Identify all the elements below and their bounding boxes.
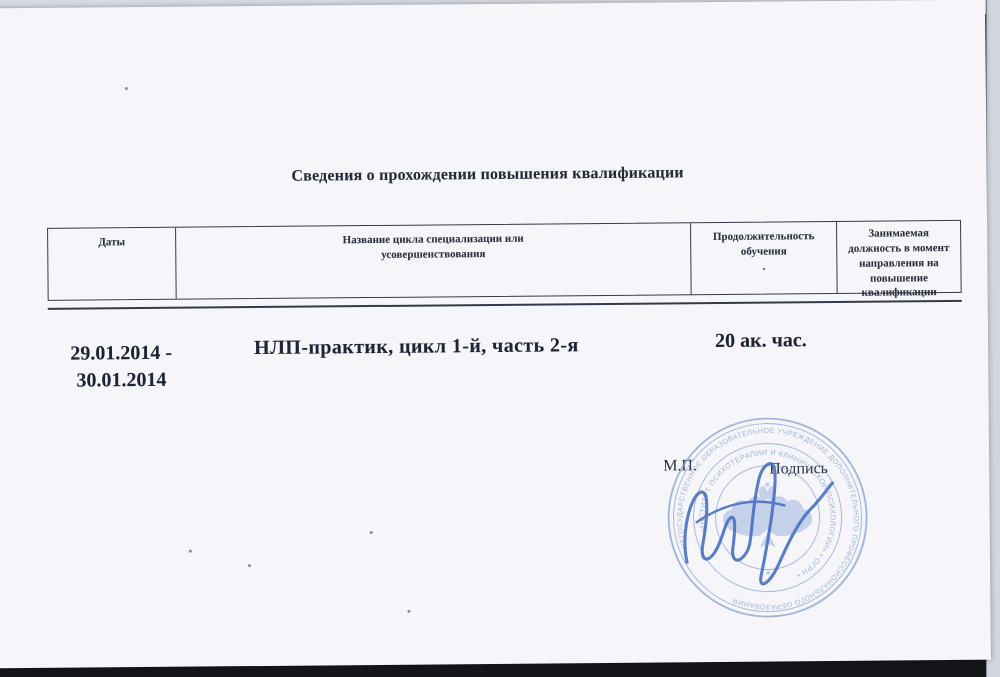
record-duration: 20 ак. час.	[715, 329, 807, 353]
scanned-certificate: Сведения о прохождении повышения квалифи…	[0, 0, 1000, 677]
scan-speck	[125, 87, 128, 90]
scan-speck	[248, 564, 251, 567]
scan-speck	[189, 550, 192, 553]
document-page: Сведения о прохождении повышения квалифи…	[0, 0, 991, 668]
header-cell-dates: Даты	[48, 228, 177, 300]
header-label-duration: Продолжительность обучения	[697, 229, 830, 260]
scan-speck	[370, 531, 373, 534]
header-cell-duration: Продолжительность обучения .	[691, 222, 838, 294]
record-dates: 29.01.2014 - 30.01.2014	[46, 340, 196, 395]
header-label-dates: Даты	[98, 235, 125, 250]
header-cell-position: Занимаемая должность в момент направлени…	[837, 221, 961, 293]
header-label-position: Занимаемая должность в момент направлени…	[845, 226, 953, 301]
header-label-course-name: Название цикла специализации или усоверш…	[316, 231, 551, 263]
header-cell-course-name: Название цикла специализации или усоверш…	[176, 223, 692, 298]
record-dates-line2: 30.01.2014	[46, 367, 196, 395]
scan-speck	[407, 610, 410, 613]
signature-scribble	[666, 451, 842, 593]
table-underline	[48, 300, 962, 310]
record-dates-line1: 29.01.2014 -	[46, 340, 196, 368]
header-duration-note: .	[762, 259, 765, 274]
page-title: Сведения о прохождении повышения квалифи…	[0, 162, 987, 189]
record-course: НЛП-практик, цикл 1-й, часть 2-я	[254, 334, 579, 360]
qualification-table: Даты Название цикла специализации или ус…	[47, 220, 962, 301]
